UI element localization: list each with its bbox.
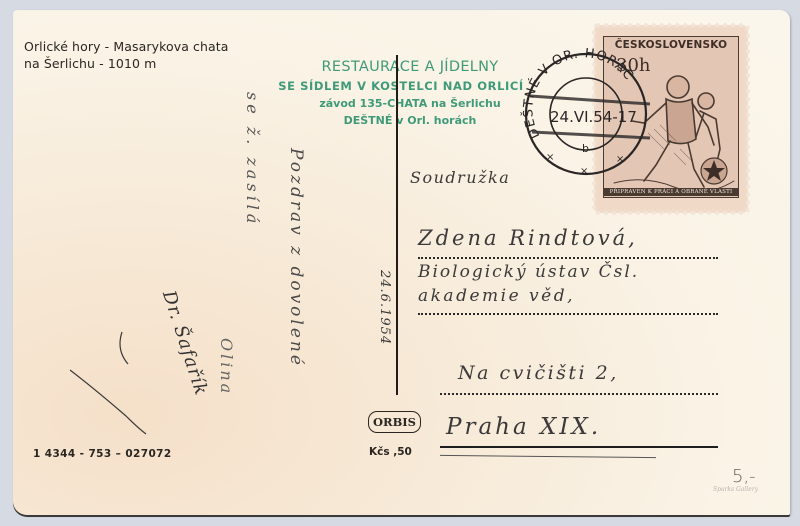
print-code: 1 4344 - 753 – 027072 (33, 448, 172, 460)
address-line-2: Biologický ústav Čsl. (418, 262, 639, 282)
center-divider (396, 55, 398, 395)
address-street: Na cvičišti 2, (458, 362, 619, 384)
address-name: Zdena Rindtová, (418, 226, 638, 250)
address-line-3: akademie věd, (418, 286, 575, 306)
postmark-letter: b (582, 142, 589, 155)
address-city: Praha XIX. (446, 414, 601, 440)
message-line-2: se ž. zasílá (243, 92, 262, 227)
message-line-1: Pozdrav z dovolené (286, 148, 306, 368)
cachet-line-4: DEŠTNÉ v Orl. horách (290, 112, 530, 129)
svg-text:×: × (616, 154, 624, 165)
cachet-line-1: RESTAURACE A JÍDELNY (290, 58, 530, 77)
badge-star-icon (701, 158, 727, 184)
message-line-3: Olina (217, 338, 236, 396)
postmark-date: 24.VI.54-17 (550, 108, 637, 126)
address-city-rule (440, 446, 718, 448)
address-line-3-rule (440, 393, 718, 395)
message-date: 24.6.1954 (377, 270, 392, 345)
postmark: DEŠTNÉ V OR. HORÁCH 24.VI.54-17 b × × × (520, 48, 652, 180)
signature-flourish-icon (66, 330, 166, 440)
svg-text:×: × (546, 152, 554, 163)
stamp-motto: PŘIPRAVEN K PRÁCI A OBRANĚ VLASTI (604, 188, 738, 196)
address-salutation: Soudružka (410, 168, 510, 187)
pencil-price-mark: 5,- (732, 466, 756, 487)
postcard-caption: Orlické hory - Masarykova chata na Šerli… (24, 38, 229, 72)
cachet-line-3: závod 135-CHATA na Šerlichu (290, 95, 530, 112)
caption-line-2: na Šerlichu - 1010 m (24, 55, 229, 72)
address-line-1-rule (418, 257, 718, 259)
publisher-logo: ORBIS (368, 411, 421, 433)
address-line-2-rule (418, 313, 718, 315)
restaurant-cachet: RESTAURACE A JÍDELNY SE SÍDLEM V KOSTELC… (290, 58, 530, 129)
price-label: Kčs ,50 (369, 446, 412, 458)
cachet-line-2: SE SÍDLEM V KOSTELCI NAD ORLICÍ (272, 77, 530, 95)
watermark: Sparks Gallery (713, 486, 758, 493)
caption-line-1: Orlické hory - Masarykova chata (24, 38, 229, 55)
svg-text:×: × (580, 166, 588, 177)
